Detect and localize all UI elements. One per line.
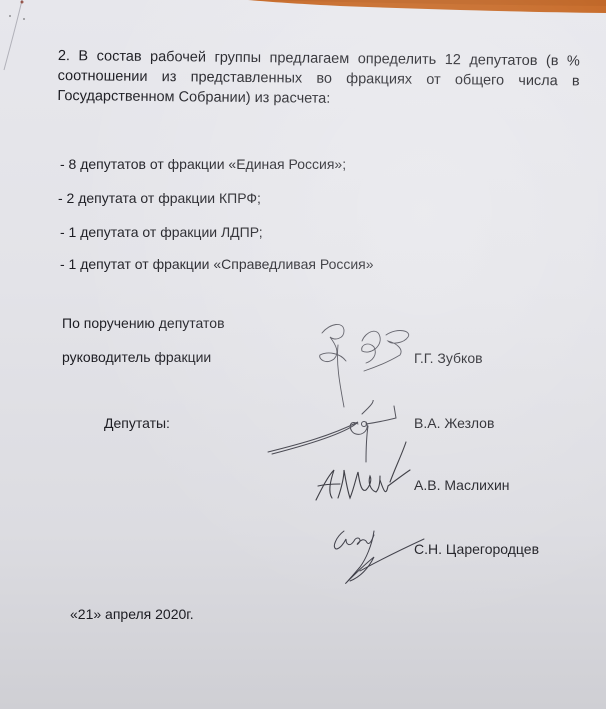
on-behalf-label: По поручению депутатов bbox=[62, 314, 225, 332]
paragraph-2: 2. В состав рабочей группы предлагаем оп… bbox=[57, 46, 580, 111]
deputies-label: Депутаты: bbox=[104, 414, 170, 432]
list-item: - 1 депутата от фракции ЛДПР; bbox=[60, 224, 263, 240]
deputy-name: С.Н. Царегородцев bbox=[414, 540, 539, 558]
deputy-name: В.А. Жезлов bbox=[414, 414, 494, 432]
role-label: руководитель фракции bbox=[62, 348, 211, 366]
signature-maslikhin bbox=[310, 440, 420, 510]
leader-name: Г.Г. Зубков bbox=[414, 349, 483, 367]
paper-edge bbox=[0, 0, 40, 80]
list-item: - 1 депутат от фракции «Справедливая Рос… bbox=[60, 256, 374, 272]
document-date: «21» апреля 2020г. bbox=[70, 605, 194, 623]
signature-zhezlov bbox=[230, 400, 420, 470]
signature-zubkov bbox=[300, 315, 420, 425]
deputy-name: А.В. Маслихин bbox=[414, 476, 510, 494]
list-item: - 2 депутата от фракции КПРФ; bbox=[58, 190, 261, 206]
document-page: 2. В состав рабочей группы предлагаем оп… bbox=[0, 0, 606, 709]
list-item: - 8 депутатов от фракции «Единая Россия»… bbox=[60, 156, 346, 172]
table-edge bbox=[0, 0, 606, 20]
